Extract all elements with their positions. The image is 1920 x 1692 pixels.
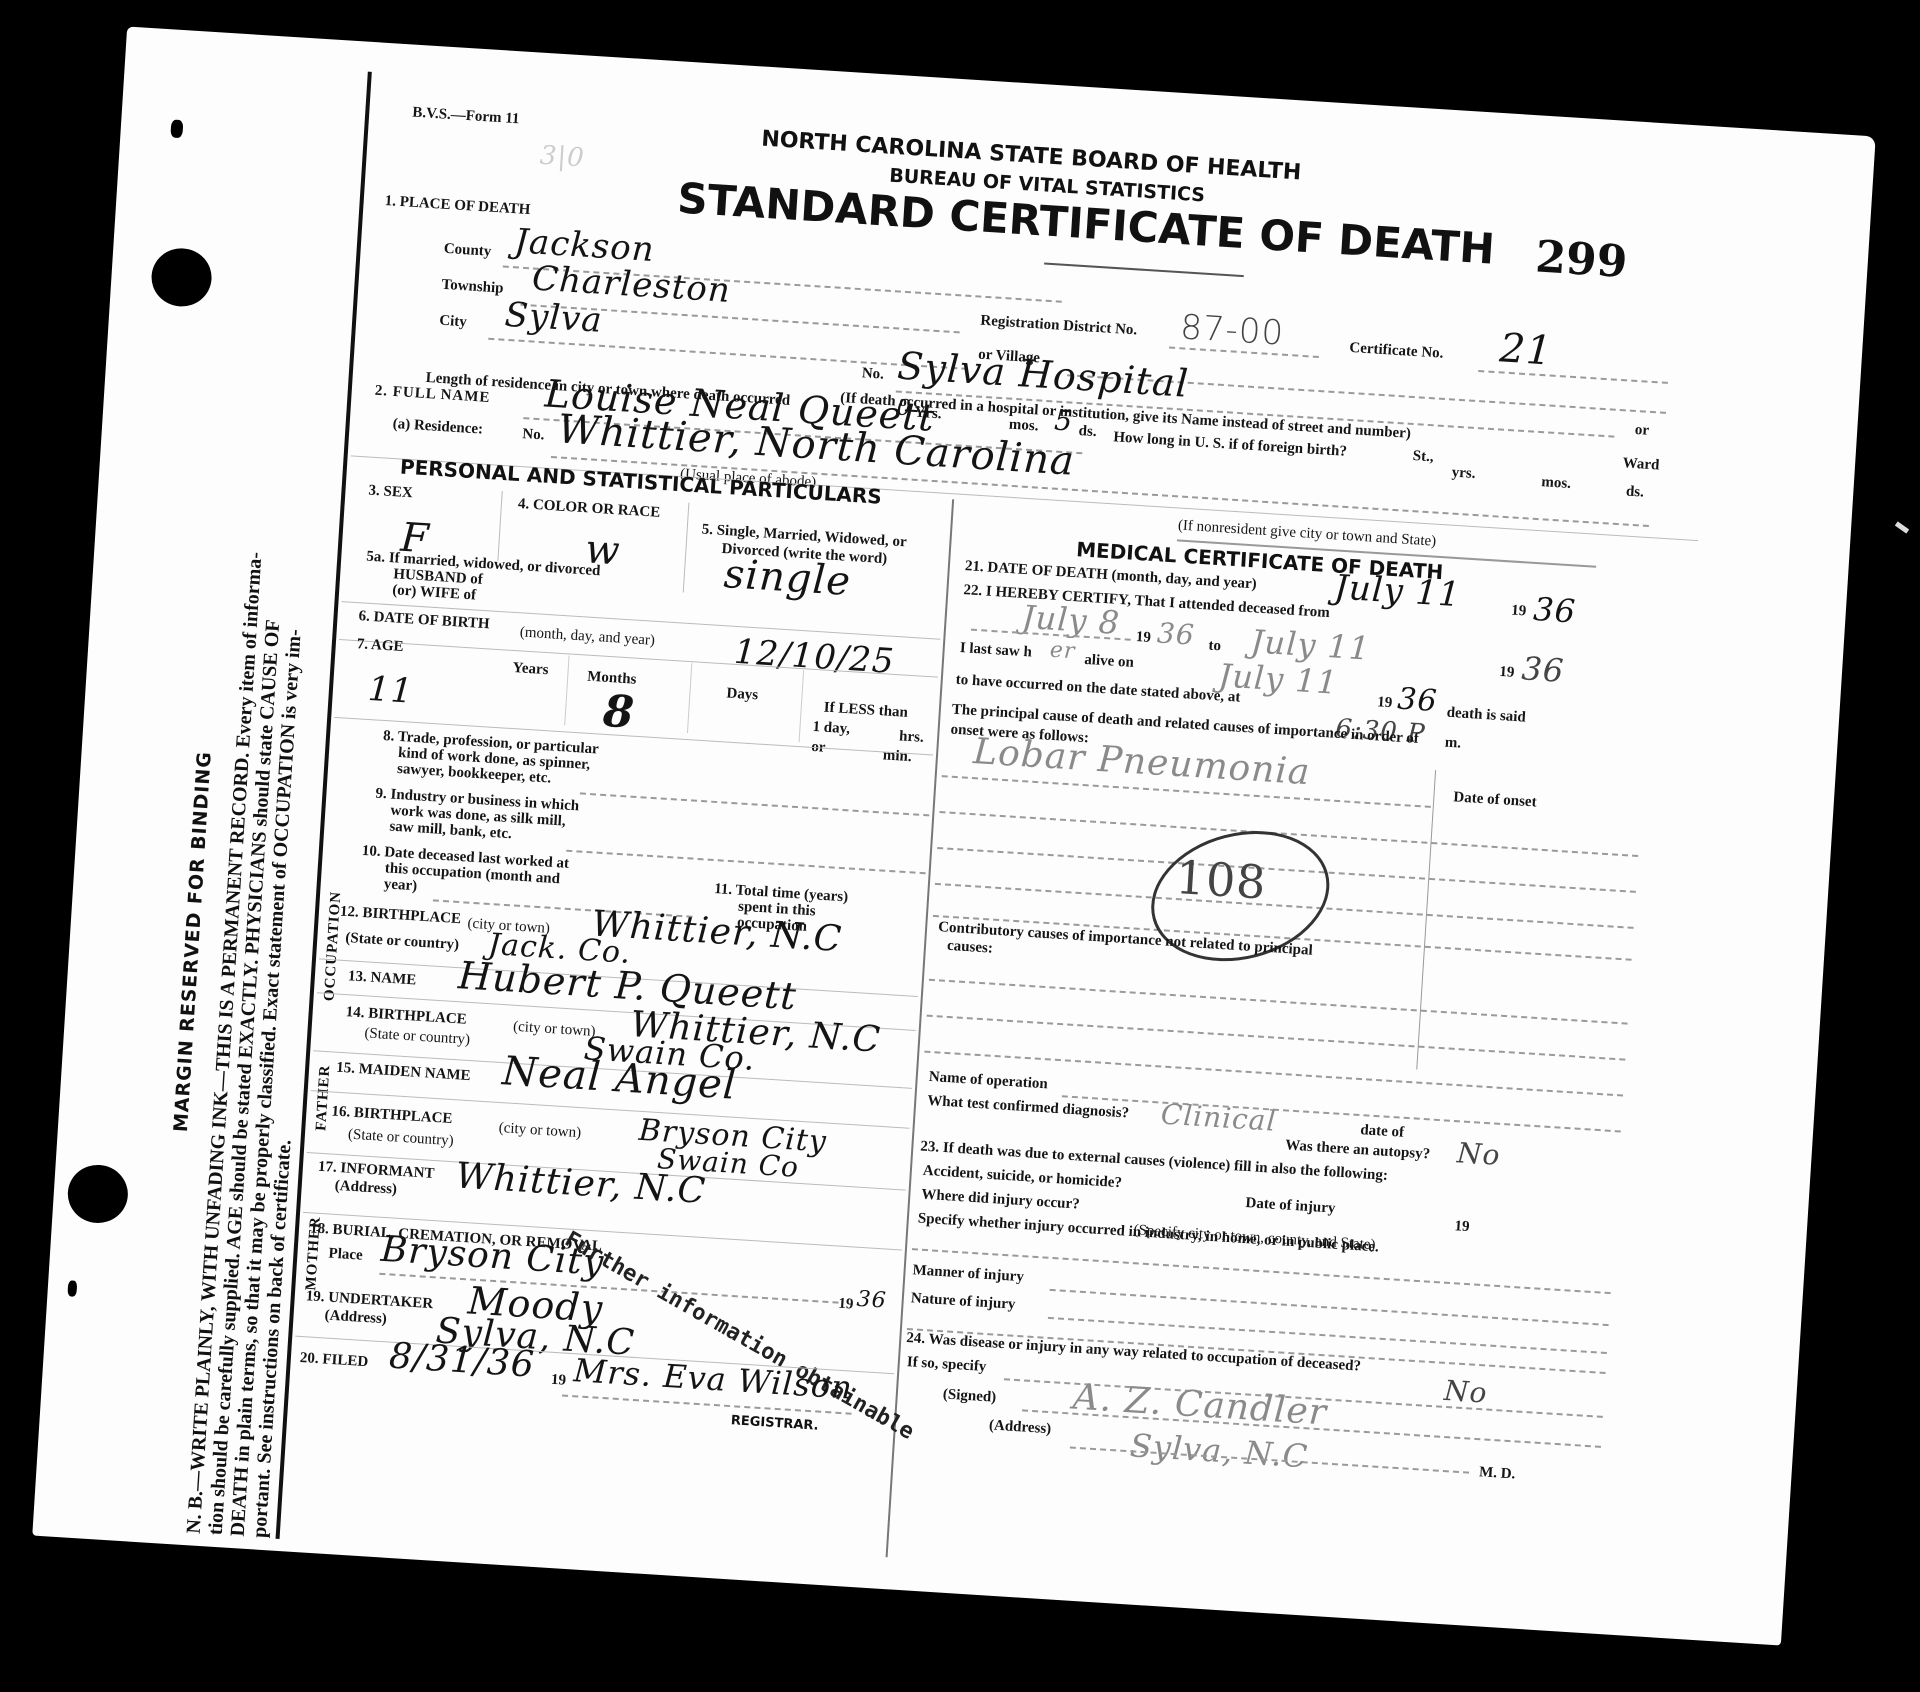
birthplace-state-label: (State or country) bbox=[345, 930, 460, 954]
burial-place-label: Place bbox=[328, 1246, 363, 1265]
trade-line bbox=[580, 792, 929, 816]
mos-label: mos. bbox=[1008, 417, 1039, 436]
margin-reserved-text: MARGIN RESERVED FOR BINDING bbox=[170, 751, 216, 1133]
stamp-number: 299 bbox=[1534, 231, 1629, 288]
days-label: Days bbox=[726, 685, 759, 704]
father-city-label: (city or town) bbox=[513, 1019, 596, 1041]
md-label: M. D. bbox=[1479, 1464, 1516, 1483]
last-year-prefix: 19 bbox=[1377, 694, 1393, 712]
foreign-yrs-label: yrs. bbox=[1451, 465, 1476, 483]
dod-value: July 11 bbox=[1333, 567, 1462, 615]
to-year-prefix: 19 bbox=[1499, 664, 1515, 682]
autopsy-value: No bbox=[1456, 1136, 1501, 1172]
hrs-label: hrs. bbox=[899, 728, 925, 747]
race-label: 4. COLOR OR RACE bbox=[517, 496, 660, 522]
physician-signature: A. Z. Candler bbox=[1072, 1377, 1328, 1434]
certificate-line bbox=[1478, 370, 1668, 384]
township-label: Township bbox=[441, 277, 504, 298]
dob-sub-label: (month, day, and year) bbox=[519, 624, 655, 649]
father-side-label: FATHER bbox=[313, 1064, 334, 1131]
city-value: Sylva bbox=[504, 295, 604, 341]
ds-label: ds. bbox=[1078, 423, 1097, 441]
circled-code-value: 108 bbox=[1174, 850, 1268, 910]
mother-maiden-label: 15. MAIDEN NAME bbox=[336, 1060, 471, 1085]
age-label: 7. AGE bbox=[356, 636, 404, 656]
contributory-label-2: causes: bbox=[947, 938, 994, 958]
father-state-label: (State or country) bbox=[364, 1025, 471, 1049]
injury-date-label: Date of injury bbox=[1245, 1195, 1336, 1218]
burial-year-prefix: 19 bbox=[838, 1296, 854, 1314]
onset-column-divider bbox=[1416, 770, 1436, 1069]
foreign-ds-label: ds. bbox=[1625, 484, 1644, 502]
informant-address-label: (Address) bbox=[334, 1178, 397, 1199]
death-said-label: death is said bbox=[1446, 705, 1526, 727]
alive-on-label: alive on bbox=[1084, 652, 1135, 672]
industry-line bbox=[566, 850, 925, 875]
mother-city-label: (city or town) bbox=[498, 1120, 581, 1142]
hole-punch-bottom bbox=[66, 1163, 130, 1225]
operation-line bbox=[1062, 1095, 1621, 1132]
test-value: Clinical bbox=[1160, 1098, 1278, 1138]
from-year-value: 36 bbox=[1156, 616, 1196, 651]
burial-year-value: 36 bbox=[856, 1287, 888, 1314]
autopsy-label: Was there an autopsy? bbox=[1285, 1137, 1431, 1163]
certify-label: 22. I HEREBY CERTIFY, That I attended de… bbox=[963, 582, 1330, 622]
min-label: min. bbox=[882, 747, 912, 766]
lastwork-label-3: year) bbox=[383, 876, 417, 895]
last-saw-label: I last saw h bbox=[959, 640, 1032, 661]
city-line bbox=[488, 338, 967, 370]
last-saw-pronoun: er bbox=[1049, 638, 1076, 665]
mother-state-label: (State or country) bbox=[347, 1127, 454, 1151]
years-label: Years bbox=[512, 660, 549, 679]
scan-artifact bbox=[1895, 521, 1909, 533]
death-certificate: MARGIN RESERVED FOR BINDING N. B.—WRITE … bbox=[32, 26, 1875, 1645]
dod-year-prefix: 19 bbox=[1511, 603, 1527, 621]
form-id: B.V.S.—Form 11 bbox=[412, 105, 520, 129]
if-so-label: If so, specify bbox=[906, 1354, 986, 1376]
foreign-mos-label: mos. bbox=[1541, 474, 1572, 493]
manner-label: Manner of injury bbox=[912, 1262, 1024, 1286]
manner-line bbox=[1050, 1289, 1609, 1326]
date-onset-label: Date of onset bbox=[1453, 789, 1537, 811]
date-of-label: date of bbox=[1360, 1122, 1405, 1142]
age-divider bbox=[799, 670, 805, 742]
age-divider bbox=[687, 663, 692, 733]
birthplace-label: 12. BIRTHPLACE bbox=[339, 904, 461, 929]
filed-label: 20. FILED bbox=[299, 1350, 368, 1371]
injury-year-prefix: 19 bbox=[1454, 1218, 1470, 1236]
certificate-no-label: Certificate No. bbox=[1349, 340, 1444, 363]
less-day-label: 1 day, bbox=[812, 719, 851, 738]
ink-blot bbox=[67, 1280, 77, 1297]
faint-mark: 3|0 bbox=[539, 141, 586, 174]
certificate-no-value: 21 bbox=[1498, 325, 1554, 374]
filed-year-prefix: 19 bbox=[550, 1372, 566, 1390]
to-label: to bbox=[1208, 638, 1222, 656]
mother-birthplace-label: 16. BIRTHPLACE bbox=[331, 1103, 453, 1128]
marital-value: single bbox=[723, 551, 853, 605]
occurred-at-label: to have occurred on the date stated abov… bbox=[955, 672, 1241, 707]
reg-district-value: 87-00 bbox=[1179, 307, 1285, 353]
to-year-value: 36 bbox=[1520, 649, 1565, 690]
m-label: m. bbox=[1444, 735, 1461, 753]
less-than-label: If LESS than bbox=[823, 700, 908, 722]
age-divider bbox=[564, 655, 569, 725]
last-year-value: 36 bbox=[1396, 682, 1438, 719]
reg-district-label: Registration District No. bbox=[980, 313, 1138, 340]
burial-line bbox=[379, 1273, 838, 1304]
hole-punch-top bbox=[150, 247, 214, 309]
age-months-value: 8 bbox=[602, 686, 637, 739]
sex-race-divider bbox=[497, 491, 502, 561]
race-marital-divider bbox=[683, 503, 690, 593]
father-birthplace-label: 14. BIRTHPLACE bbox=[345, 1004, 467, 1029]
contributory-line bbox=[927, 1015, 1626, 1061]
sex-label: 3. SEX bbox=[368, 483, 413, 503]
age-years-value: 11 bbox=[367, 669, 415, 712]
from-year-prefix: 19 bbox=[1135, 629, 1151, 647]
ink-blot bbox=[170, 119, 183, 138]
dob-value: 12/10/25 bbox=[733, 632, 896, 682]
physician-address-label: (Address) bbox=[988, 1417, 1051, 1438]
operation-label: Name of operation bbox=[928, 1069, 1048, 1093]
undertaker-address-label: (Address) bbox=[324, 1307, 387, 1328]
title-underline bbox=[1044, 263, 1244, 278]
father-name-value: Hubert P. Queett bbox=[457, 953, 798, 1018]
place-of-death-label: 1. PLACE OF DEATH bbox=[384, 193, 531, 219]
dod-year-value: 36 bbox=[1532, 590, 1577, 631]
residence-label: (a) Residence: bbox=[392, 416, 483, 439]
street-label: St., bbox=[1412, 448, 1434, 466]
principal-cause-value: Lobar Pneumonia bbox=[972, 731, 1312, 793]
residence-days-value: 5 bbox=[1053, 404, 1074, 438]
or-label: or bbox=[1634, 422, 1649, 440]
contributory-line bbox=[929, 979, 1628, 1025]
father-name-label: 13. NAME bbox=[347, 968, 416, 989]
registrar-label: REGISTRAR. bbox=[730, 1413, 819, 1433]
occupation-answer: No bbox=[1443, 1374, 1488, 1410]
signed-label: (Signed) bbox=[942, 1386, 996, 1406]
filed-date-value: 8/31/36 bbox=[388, 1336, 536, 1386]
nature-label: Nature of injury bbox=[910, 1290, 1016, 1314]
county-label: County bbox=[443, 241, 491, 261]
ward-label: Ward bbox=[1622, 455, 1660, 474]
where-label: Where did injury occur? bbox=[921, 1187, 1080, 1214]
street-no-label: No. bbox=[861, 365, 884, 383]
city-label: City bbox=[439, 313, 468, 332]
dob-label: 6. DATE OF BIRTH bbox=[358, 608, 490, 633]
residence-no-label: No. bbox=[522, 426, 545, 444]
physician-address-value: Sylva, N.C bbox=[1129, 1426, 1309, 1475]
